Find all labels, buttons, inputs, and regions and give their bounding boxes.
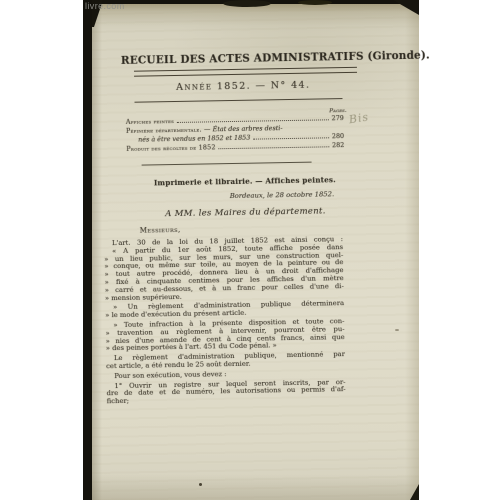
paper-speck [199, 483, 202, 486]
double-rule [134, 67, 357, 77]
dateline: Bordeaux, le 28 octobre 1852. [102, 190, 334, 202]
toc-entry-page: 282 [332, 141, 344, 150]
toc-leader-dots [177, 119, 329, 123]
toc-leader-dots [219, 146, 329, 149]
separator-rule [142, 162, 312, 166]
toc-entry-label-italic: État des arbres desti- [213, 124, 283, 133]
photo-dark-edge [223, 0, 271, 7]
masthead-title: RECUEIL DES ACTES ADMINISTRATIFS (Girond… [113, 45, 373, 69]
issue-line: Année 1852. — N° 44. [113, 79, 373, 95]
handwritten-note: Bis [348, 110, 370, 126]
page-background: RECUEIL DES ACTES ADMINISTRATIFS (Girond… [0, 0, 500, 500]
seller-watermark: livre.com [85, 1, 125, 11]
paper-page: RECUEIL DES ACTES ADMINISTRATIFS (Girond… [92, 4, 419, 500]
toc-entry-page: 280 [332, 132, 344, 141]
toc-entry-page: 279 [332, 114, 344, 123]
photo-dark-edge [298, 0, 332, 5]
body-text: L'art. 30 de la loi du 18 juillet 1852 e… [104, 236, 346, 406]
table-of-contents: Affiches peintes 279 Pépinière départeme… [126, 114, 345, 154]
page-content: RECUEIL DES ACTES ADMINISTRATIFS (Girond… [99, 2, 368, 500]
toc-entry-label: Produit des récoltes de 1852 [126, 143, 215, 154]
rule [135, 98, 343, 103]
paper-speck [395, 329, 399, 331]
section-heading: Imprimerie et librairie. — Affiches pein… [115, 175, 375, 189]
greeting: Messieurs, [140, 226, 181, 235]
masthead-title-text: RECUEIL DES ACTES ADMINISTRATIFS (Girond… [121, 49, 430, 67]
toc-entry-label: Pépinière départementale. — [126, 125, 211, 134]
toc-leader-dots [253, 137, 329, 139]
document-photo: RECUEIL DES ACTES ADMINISTRATIFS (Girond… [83, 0, 419, 500]
salutation: A MM. les Maires du département. [115, 206, 375, 221]
